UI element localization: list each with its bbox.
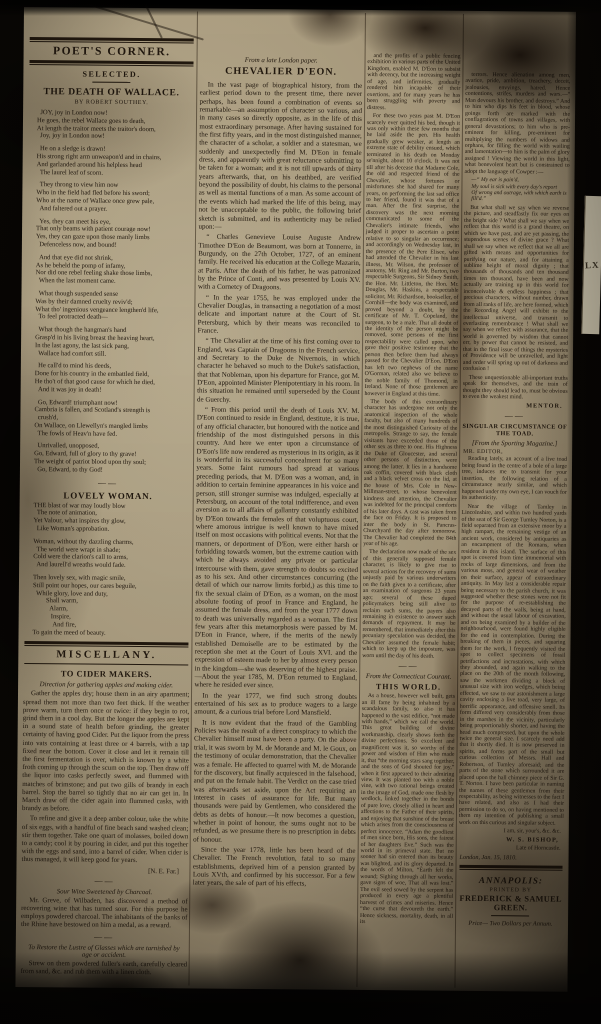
toad-paragraph: Near the village of Tamley in Lincolnshi… <box>459 503 567 827</box>
wallace-stanza: He on a sledge is drawn! His strong righ… <box>37 145 196 178</box>
mentor-signature: MENTOR. <box>461 402 562 410</box>
wallace-stanza: And that eye did not shrink, As he behel… <box>36 254 195 287</box>
imprint-rule-thin <box>459 869 562 871</box>
cider-paragraph-2: To refine and give it a deep amber colou… <box>22 815 189 866</box>
imprint-city: ANNAPOLIS: <box>457 875 564 886</box>
cowper-quote: —“ My ear is pain'd, My soul is sick wit… <box>471 177 570 203</box>
wallace-title: THE DEATH OF WALLACE. <box>27 87 196 98</box>
deon-paragraph: “ From this period until the death of Lo… <box>194 406 359 691</box>
world-cont-paragraph: These unquestionable all-important truth… <box>463 374 568 401</box>
imprint-printed-by: PRINTED BY <box>457 887 564 894</box>
toad-dateline: London, Jan. 15, 1810. <box>460 854 565 862</box>
miscellany-heading: MISCELLANY. <box>22 647 191 663</box>
deon-source: From a late London paper. <box>203 57 360 65</box>
this-world-paragraph: As a house, however well built, gets an … <box>360 693 455 926</box>
column-poets-corner: POET'S CORNER. SELECTED. THE DEATH OF WA… <box>19 10 196 985</box>
deon-paragraph: Since the year 1778, little has been hea… <box>193 845 356 888</box>
deon-paragraph: In the vast page of biographical history… <box>198 81 362 233</box>
divider-ornament: —— <box>20 932 189 941</box>
selected-heading: SELECTED. <box>27 69 196 79</box>
page-gutter-shadow <box>567 0 601 1024</box>
lovely-stanza: THE blast of war may loudly blow The not… <box>33 502 192 535</box>
wallace-stanza: What though the hangman's hand Grasp'd i… <box>35 326 194 359</box>
short-rule <box>93 82 131 83</box>
wallace-stanza: Go, Edward! triumphant now! Cambria is f… <box>34 399 193 439</box>
imprint-short-rule <box>492 915 530 916</box>
column-world-toad-imprint: terrors. Hence alienation among men, ava… <box>456 14 571 989</box>
scan-bottom-border <box>0 952 601 1024</box>
this-world-title: THIS WORLD. <box>361 682 456 692</box>
cider-subtitle: Direction for gathering apples and makin… <box>26 681 186 689</box>
toad-closing: I am, sir, your's, &c. &c. <box>458 828 561 835</box>
deon-cont-paragraph: The body of this extraordinary character… <box>363 399 457 548</box>
masthead-rule-thin <box>29 64 193 66</box>
column-chevalier-deon: From a late London paper. CHEVALIER D'EO… <box>191 12 364 987</box>
deon-paragraph: “ Charles Genevieve Louise Auguste Andre… <box>198 233 361 293</box>
wallace-stanza: They throng to view him now Who in the f… <box>36 181 195 214</box>
toad-title: SINGULAR CIRCUMSTANCE OF THE TOAD. <box>461 423 568 438</box>
cider-title: TO CIDER MAKERS. <box>22 668 191 679</box>
divider-ornament: —— <box>461 412 568 421</box>
world-cont-paragraph: But what shall we say when we reverse th… <box>463 205 569 374</box>
courant-source: From the Connecticut Courant. <box>365 673 452 681</box>
deon-paragraph: “ In the year 1755, he was employed unde… <box>198 293 361 336</box>
deon-cont-paragraph: and the profits of a public fencing exhi… <box>367 53 461 112</box>
deon-title: CHEVALIER D'EON. <box>199 66 364 78</box>
wallace-stanza: JOY, joy in London now! He goes, the reb… <box>37 109 196 142</box>
newspaper-page: POET'S CORNER. SELECTED. THE DEATH OF WA… <box>15 7 576 992</box>
deon-cont-paragraph: For these two years past M. D'Eon scarce… <box>364 113 460 398</box>
wallace-byline: BY ROBERT SOUTHEY. <box>27 99 195 106</box>
divider-ornament: —— <box>24 479 193 488</box>
imprint-printer-name: FREDERICK & SAMUEL GREEN. <box>457 894 564 913</box>
wallace-stanza: He call'd to mind his deeds, Done for hi… <box>35 362 194 395</box>
scan-top-border <box>0 0 601 16</box>
lovely-stanza: Woman, without thy dazzling charms, The … <box>33 538 192 571</box>
wine-paragraph: Mr. Greve, of Wilbaden, has discovered a… <box>21 897 188 931</box>
wallace-stanza: What though suspended sense Was by their… <box>35 290 194 323</box>
wallace-stanza: Yes, they can meet his eye, That only be… <box>36 218 195 251</box>
wallace-stanza: Unrivalled, unopposed, Go, Edward, full … <box>34 443 193 476</box>
miscellany-rule-bottom <box>24 663 188 665</box>
world-cont-paragraph: terrors. Hence alienation among men, ava… <box>465 72 571 176</box>
divider-ornament: —— <box>20 877 189 886</box>
lovely-stanza: Then lovely sex, with magic smile, Still… <box>33 574 192 638</box>
toad-signer: W. S. BISHOP, <box>458 836 559 844</box>
deon-paragraph: It is now evident that the fraud of the … <box>193 718 357 845</box>
adjacent-page-sliver: LX <box>581 196 601 334</box>
scanned-newspaper-photo: POET'S CORNER. SELECTED. THE DEATH OF WA… <box>0 0 601 1024</box>
deon-cont-paragraph: The declaration now made of the sex of t… <box>362 549 456 660</box>
deon-paragraph: “ The Chevalier at the time of his first… <box>197 337 360 405</box>
toad-source: [From the Sporting Magazine.] <box>465 440 564 448</box>
column-deon-continued: and the profits of a public fencing exhi… <box>358 13 462 988</box>
toad-signer-location: Late of Horncastle. <box>458 845 561 852</box>
divider-ornament: —— <box>361 662 456 671</box>
lovely-woman-title: LOVELY WOMAN. <box>24 490 193 501</box>
cider-attribution: [N. E. Far.] <box>20 867 178 875</box>
imprint-price: Price— Two Dollars per Annum. <box>457 920 564 928</box>
deon-paragraph: In the year 1777, we find such strong do… <box>194 691 357 717</box>
toad-paragraph: Reading lately, an account of a live toa… <box>462 456 567 502</box>
wine-title: Sour Wine Sweetened by Charcoal. <box>24 888 184 896</box>
poets-corner-masthead: POET'S CORNER. <box>28 43 197 60</box>
edge-fragment-text: LX <box>585 260 600 271</box>
cider-paragraph: Gather the apples dry; house them in an … <box>22 690 190 814</box>
